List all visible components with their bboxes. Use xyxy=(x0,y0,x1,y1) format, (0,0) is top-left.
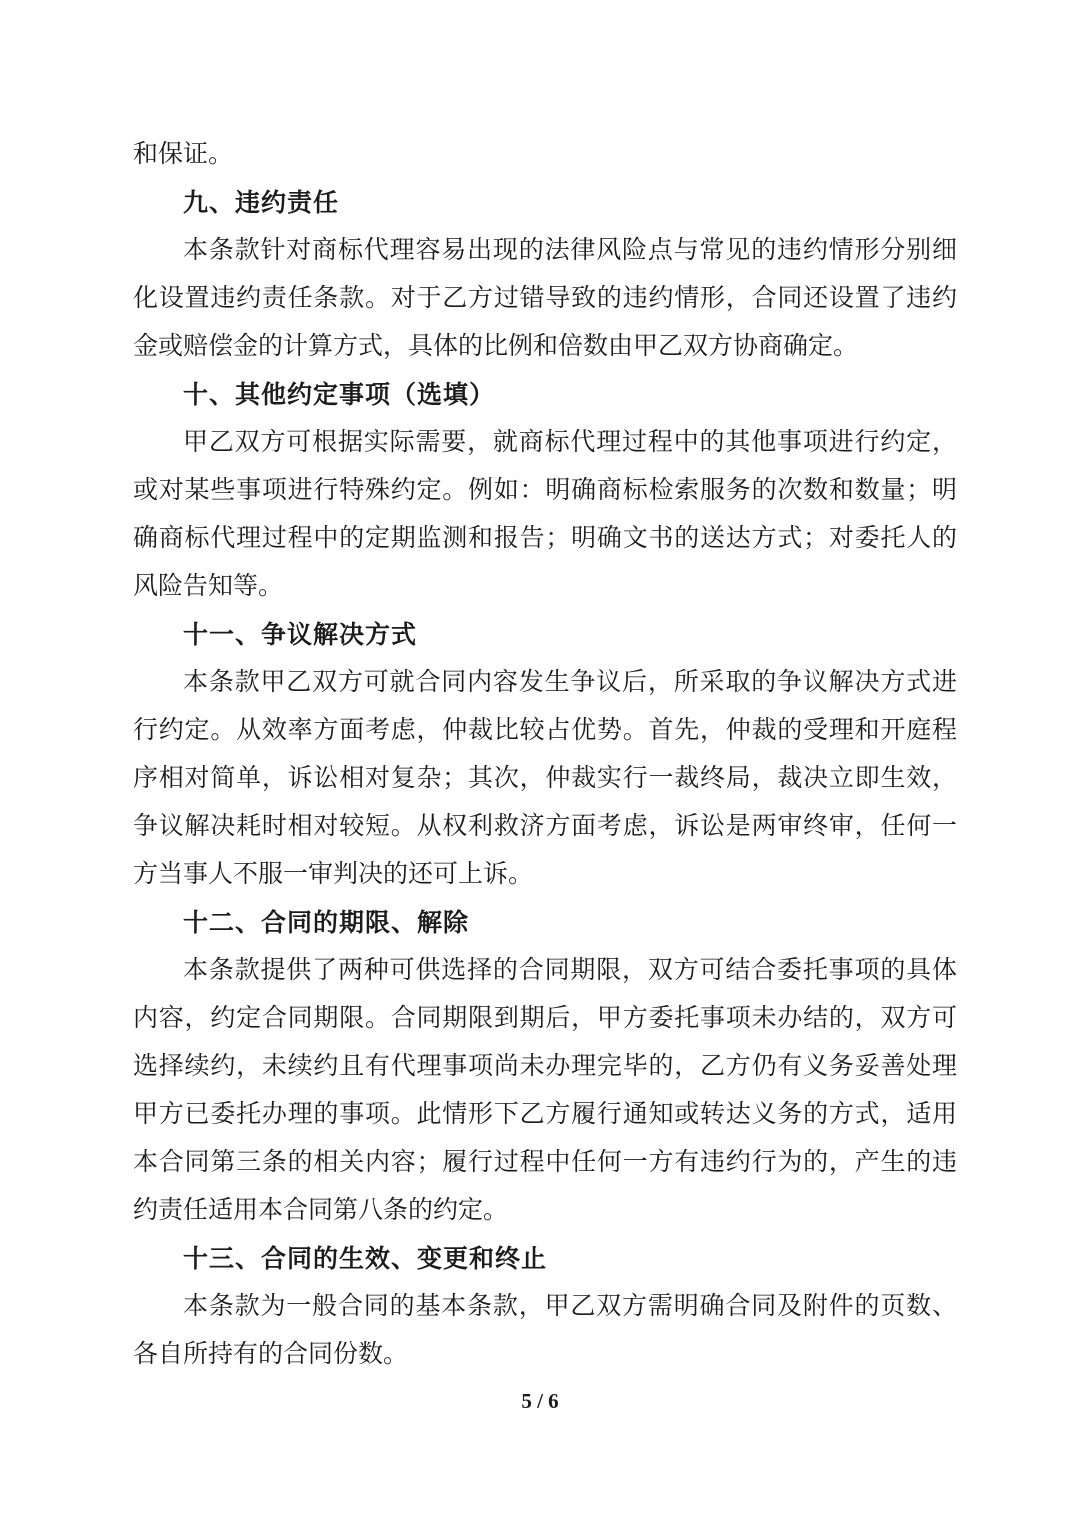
document-page: 和保证。 九、违约责任 本条款针对商标代理容易出现的法律风险点与常见的违约情形分… xyxy=(0,0,1080,1527)
section-10-paragraph: 甲乙双方可根据实际需要，就商标代理过程中的其他事项进行约定，或对某些事项进行特殊… xyxy=(133,419,957,611)
section-heading-12: 十二、合同的期限、解除 xyxy=(133,899,957,947)
page-number: 5 / 6 xyxy=(0,1388,1080,1414)
section-11-paragraph: 本条款甲乙双方可就合同内容发生争议后，所采取的争议解决方式进行约定。从效率方面考… xyxy=(133,659,957,899)
paragraph-continuation: 和保证。 xyxy=(133,131,957,179)
section-heading-9: 九、违约责任 xyxy=(133,179,957,227)
section-9-paragraph: 本条款针对商标代理容易出现的法律风险点与常见的违约情形分别细化设置违约责任条款。… xyxy=(133,227,957,371)
section-heading-10: 十、其他约定事项（选填） xyxy=(133,371,957,419)
document-content: 和保证。 九、违约责任 本条款针对商标代理容易出现的法律风险点与常见的违约情形分… xyxy=(133,131,957,1379)
section-13-paragraph: 本条款为一般合同的基本条款，甲乙双方需明确合同及附件的页数、各自所持有的合同份数… xyxy=(133,1283,957,1379)
section-12-paragraph: 本条款提供了两种可供选择的合同期限，双方可结合委托事项的具体内容，约定合同期限。… xyxy=(133,947,957,1235)
section-heading-11: 十一、争议解决方式 xyxy=(133,611,957,659)
section-heading-13: 十三、合同的生效、变更和终止 xyxy=(133,1235,957,1283)
